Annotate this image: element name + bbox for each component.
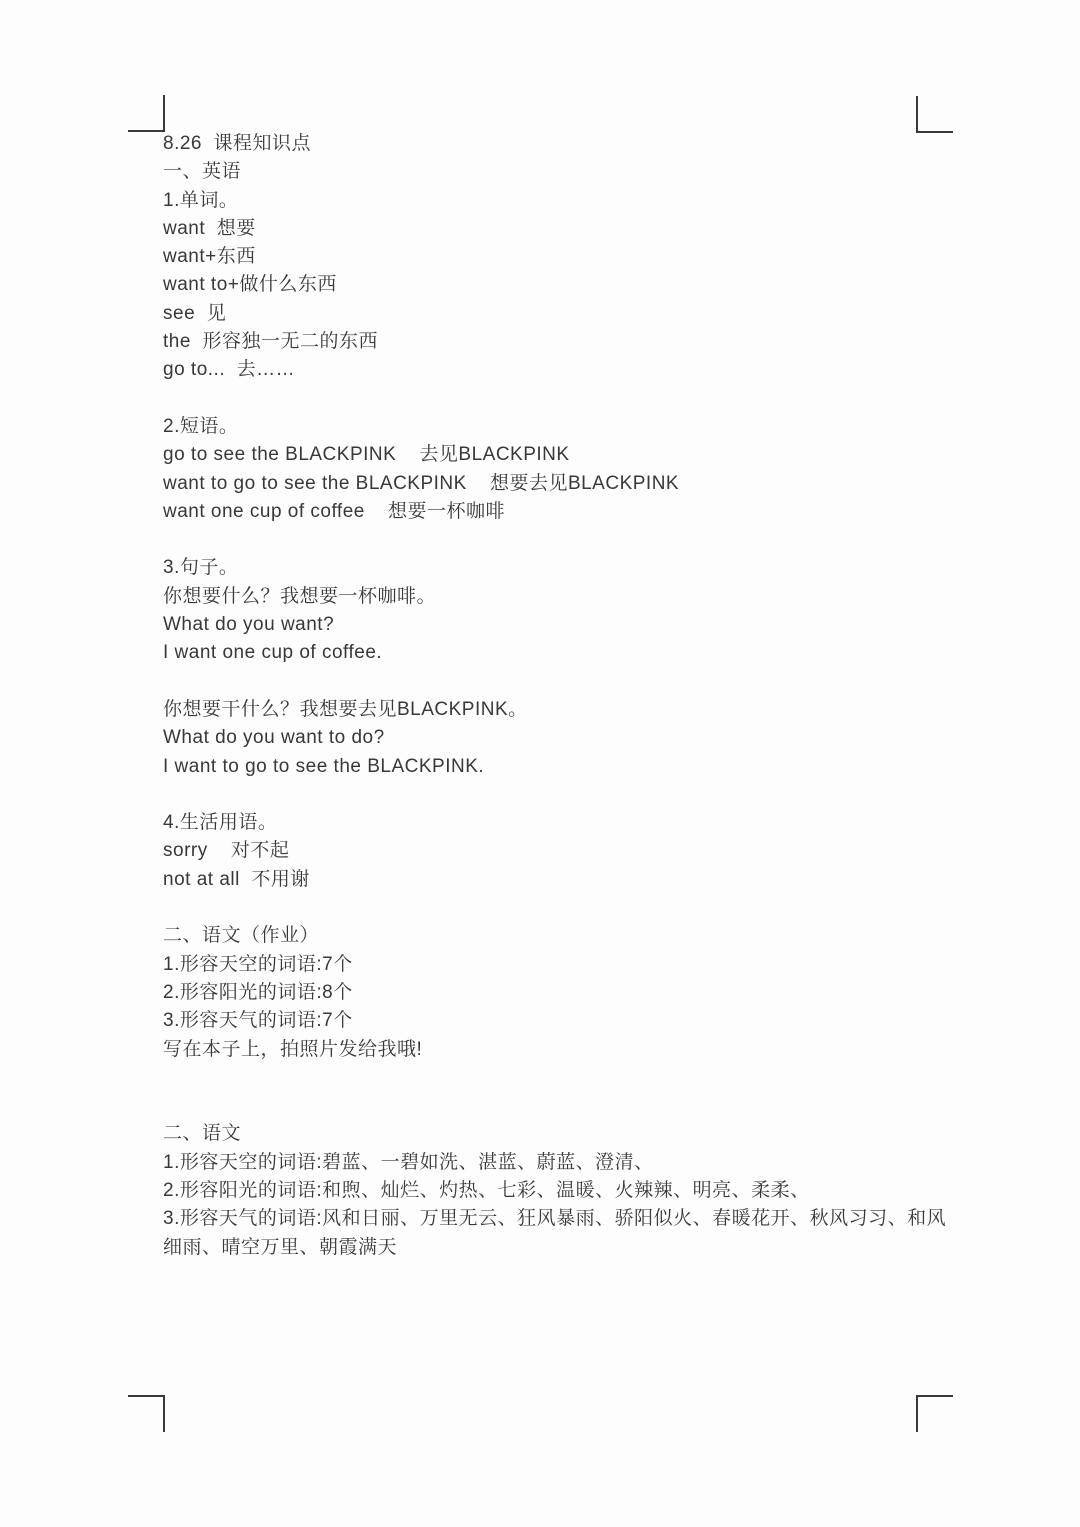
document-line: want+东西	[163, 243, 953, 271]
document-line: 二、语文（作业）	[163, 922, 953, 950]
crop-mark-bottom-right	[916, 1395, 953, 1432]
document-line	[163, 1092, 953, 1120]
document-line: 2.形容阳光的词语:8个	[163, 979, 953, 1007]
document-page: 8.26 课程知识点一、英语1.单词。want 想要want+东西want to…	[0, 0, 1080, 1527]
document-line	[163, 781, 953, 809]
document-line	[163, 385, 953, 413]
document-line: go to... 去……	[163, 356, 953, 384]
crop-mark-top-left	[128, 95, 165, 132]
document-line: the 形容独一无二的东西	[163, 328, 953, 356]
document-line: I want one cup of coffee.	[163, 639, 953, 667]
document-line: I want to go to see the BLACKPINK.	[163, 753, 953, 781]
document-line: 8.26 课程知识点	[163, 130, 953, 158]
document-line: 你想要干什么？我想要去见BLACKPINK。	[163, 696, 953, 724]
document-line: see 见	[163, 300, 953, 328]
document-line: want one cup of coffee 想要一杯咖啡	[163, 498, 953, 526]
document-line	[163, 668, 953, 696]
document-line: 3.形容天气的词语:风和日丽、万里无云、狂风暴雨、骄阳似火、春暖花开、秋风习习、…	[163, 1205, 953, 1262]
document-line	[163, 526, 953, 554]
document-line: 3.句子。	[163, 554, 953, 582]
document-line: sorry 对不起	[163, 837, 953, 865]
document-line: go to see the BLACKPINK 去见BLACKPINK	[163, 441, 953, 469]
document-line: 2.短语。	[163, 413, 953, 441]
document-line	[163, 1064, 953, 1092]
document-line	[163, 894, 953, 922]
document-line: What do you want?	[163, 611, 953, 639]
document-line: 1.形容天空的词语:7个	[163, 951, 953, 979]
document-line: want to go to see the BLACKPINK 想要去见BLAC…	[163, 470, 953, 498]
document-line: 一、英语	[163, 158, 953, 186]
document-line: What do you want to do?	[163, 724, 953, 752]
document-line: want to+做什么东西	[163, 271, 953, 299]
document-line: 二、语文	[163, 1120, 953, 1148]
crop-mark-bottom-left	[128, 1395, 165, 1432]
document-line: 2.形容阳光的词语:和煦、灿烂、灼热、七彩、温暖、火辣辣、明亮、柔柔、	[163, 1177, 953, 1205]
document-line: want 想要	[163, 215, 953, 243]
document-line: 写在本子上，拍照片发给我哦!	[163, 1036, 953, 1064]
document-line: 1.单词。	[163, 187, 953, 215]
document-line: not at all 不用谢	[163, 866, 953, 894]
document-content: 8.26 课程知识点一、英语1.单词。want 想要want+东西want to…	[163, 130, 953, 1262]
document-line: 1.形容天空的词语:碧蓝、一碧如洗、湛蓝、蔚蓝、澄清、	[163, 1149, 953, 1177]
document-line: 3.形容天气的词语:7个	[163, 1007, 953, 1035]
document-line: 4.生活用语。	[163, 809, 953, 837]
crop-mark-top-right	[916, 96, 953, 133]
document-line: 你想要什么？我想要一杯咖啡。	[163, 583, 953, 611]
